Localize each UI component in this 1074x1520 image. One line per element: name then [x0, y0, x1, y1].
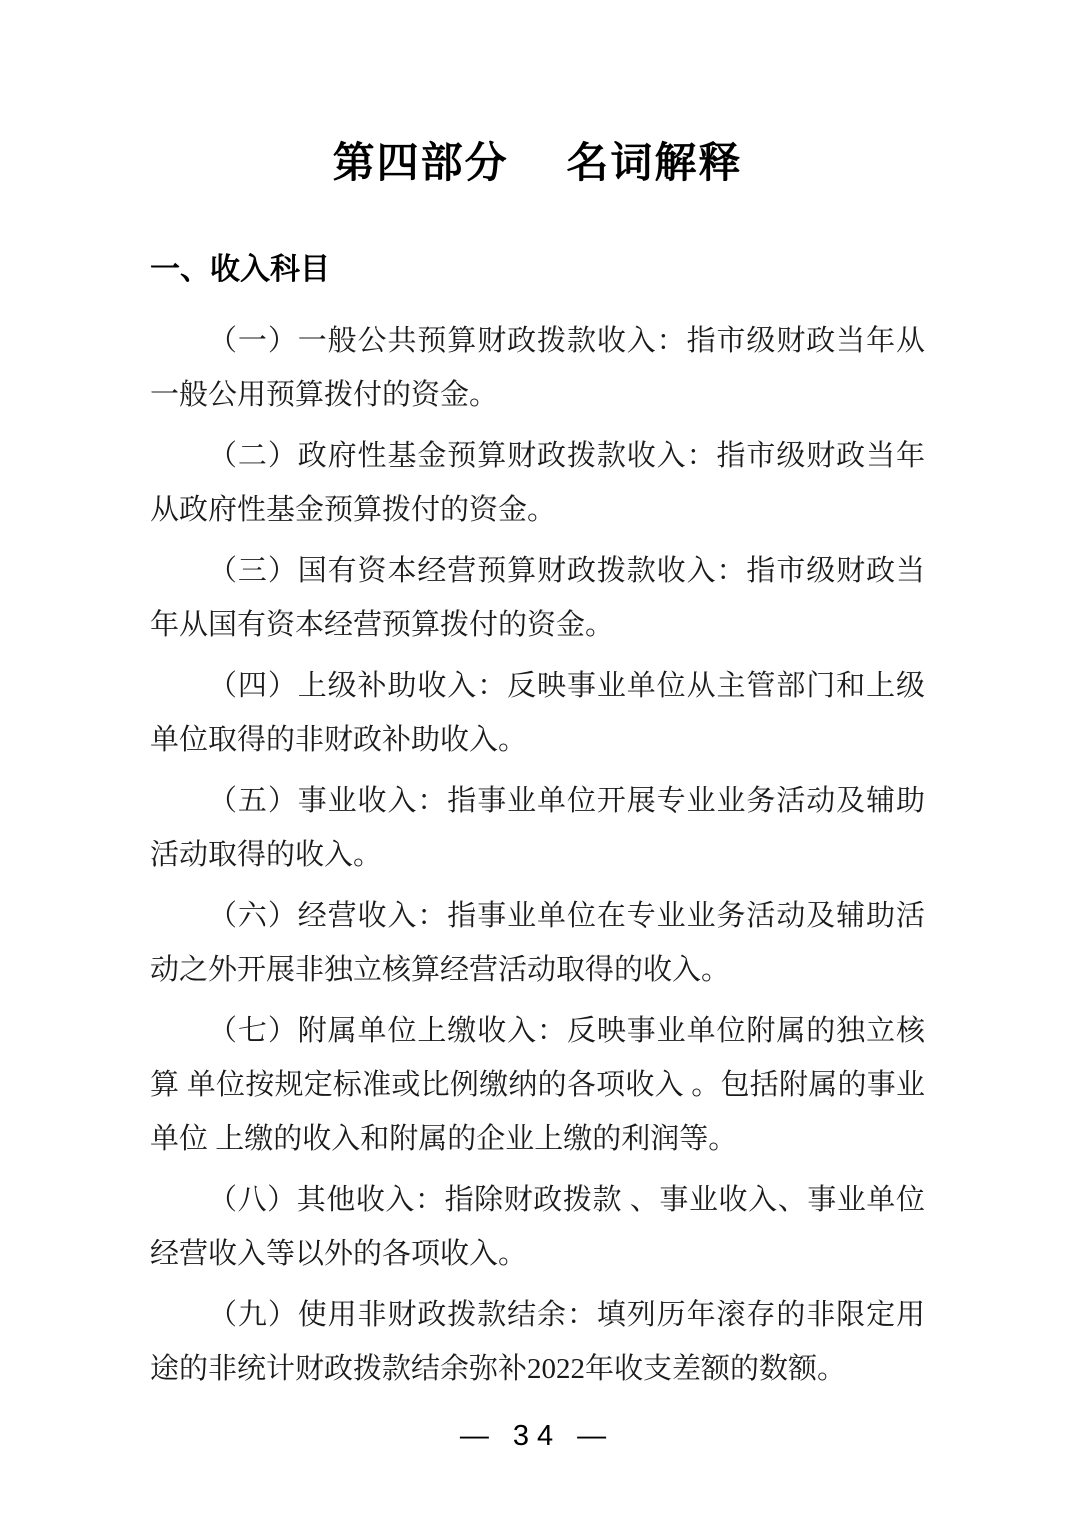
- paragraph-income-8: （八）其他收入：指除财政拨款 、事业收入、事业单位经营收入等以外的各项收入。: [150, 1173, 925, 1281]
- paragraph-income-7: （七）附属单位上缴收入：反映事业单位附属的独立核算 单位按规定标准或比例缴纳的各…: [150, 1004, 925, 1166]
- document-page: 第四部分 名词解释 一、收入科目 （一）一般公共预算财政拨款收入：指市级财政当年…: [0, 0, 1074, 1520]
- paragraph-income-2: （二）政府性基金预算财政拨款收入：指市级财政当年从政府性基金预算拨付的资金。: [150, 429, 925, 537]
- page-title: 第四部分 名词解释: [150, 0, 925, 188]
- paragraph-income-4: （四）上级补助收入：反映事业单位从主管部门和上级单位取得的非财政补助收入。: [150, 659, 925, 767]
- page-number: — 34 —: [0, 1420, 1074, 1453]
- paragraph-income-1: （一）一般公共预算财政拨款收入：指市级财政当年从一般公用预算拨付的资金。: [150, 314, 925, 422]
- paragraph-income-3: （三）国有资本经营预算财政拨款收入：指市级财政当年从国有资本经营预算拨付的资金。: [150, 544, 925, 652]
- document-content: 第四部分 名词解释 一、收入科目 （一）一般公共预算财政拨款收入：指市级财政当年…: [0, 0, 1074, 1396]
- paragraph-income-5: （五）事业收入：指事业单位开展专业业务活动及辅助活动取得的收入。: [150, 774, 925, 882]
- paragraph-income-9: （九）使用非财政拨款结余：填列历年滚存的非限定用途的非统计财政拨款结余弥补202…: [150, 1288, 925, 1396]
- section-heading-income-items: 一、收入科目: [150, 252, 925, 288]
- paragraph-income-6: （六）经营收入：指事业单位在专业业务活动及辅助活动之外开展非独立核算经营活动取得…: [150, 889, 925, 997]
